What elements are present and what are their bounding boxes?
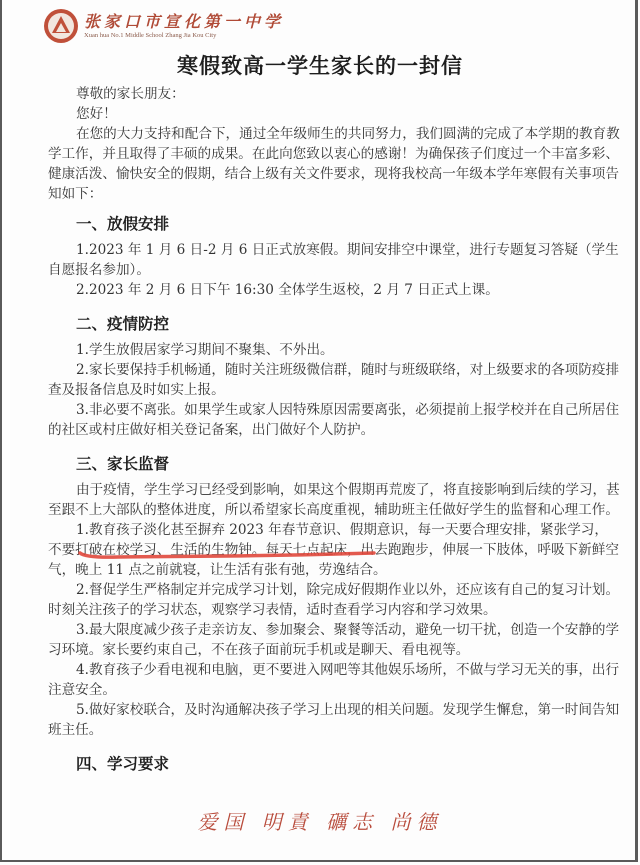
epidemic-item-1: 1.学生放假居家学习期间不聚集、不外出。 <box>48 340 620 360</box>
school-motto: 爱国 明責 礪志 尚德 <box>0 806 640 835</box>
salutation: 尊敬的家长朋友： <box>48 84 620 104</box>
supervision-intro: 由于疫情，学生学习已经受到影响，如果这个假期再荒废了，将直接影响到后续的学习，甚… <box>48 480 620 520</box>
supervision-item-4: 4.教育孩子少看电视和电脑，更不要进入网吧等其他娱乐场所，不做与学习无关的事，出… <box>48 660 620 700</box>
supervision-item-5: 5.做好家校联合，及时沟通解决孩子学习上出现的相关问题。发现学生懈怠，第一时间告… <box>48 700 620 740</box>
supervision-item-2: 2.督促学生严格制定并完成学习计划，除完成好假期作业以外，还应该有自己的复习计划… <box>48 580 620 620</box>
school-header: 张家口市宣化第一中学 Xuan hua No.1 Middle School Z… <box>44 8 284 44</box>
epidemic-item-2: 2.家长要保持手机畅通，随时关注班级微信群，随时与班级联络，对上级要求的各项防疫… <box>48 360 620 400</box>
epidemic-item-3: 3.非必要不离张。如果学生或家人因特殊原因需要离张，必须提前上报学校并在自己所居… <box>48 400 620 440</box>
greeting: 您好！ <box>48 104 620 124</box>
holiday-item-2: 2.2023 年 2 月 6 日下午 16:30 全体学生返校，2 月 7 日正… <box>48 280 620 300</box>
school-name: 张家口市宣化第一中学 <box>84 13 284 31</box>
intro-paragraph: 在您的大力支持和配合下，通过全年级师生的共同努力，我们圆满的完成了本学期的教育教… <box>48 124 620 204</box>
red-underline-annotation <box>78 550 378 560</box>
school-logo-icon <box>44 9 78 43</box>
section-heading-epidemic: 二、疫情防控 <box>48 314 620 334</box>
letter-body: 尊敬的家长朋友： 您好！ 在您的大力支持和配合下，通过全年级师生的共同努力，我们… <box>48 84 620 774</box>
letter-title: 寒假致高一学生家长的一封信 <box>0 50 640 80</box>
holiday-item-1: 1.2023 年 1 月 6 日-2 月 6 日正式放寒假。期间安排空中课堂，进… <box>48 240 620 280</box>
section-heading-supervision: 三、家长监督 <box>48 454 620 474</box>
supervision-item-3: 3.最大限度减少孩子走亲访友、参加聚会、聚餐等活动，避免一切干扰，创造一个安静的… <box>48 620 620 660</box>
section-heading-holiday: 一、放假安排 <box>48 214 620 234</box>
school-name-english: Xuan hua No.1 Middle School Zhang Jia Ko… <box>84 31 284 40</box>
section-heading-study: 四、学习要求 <box>48 754 620 774</box>
